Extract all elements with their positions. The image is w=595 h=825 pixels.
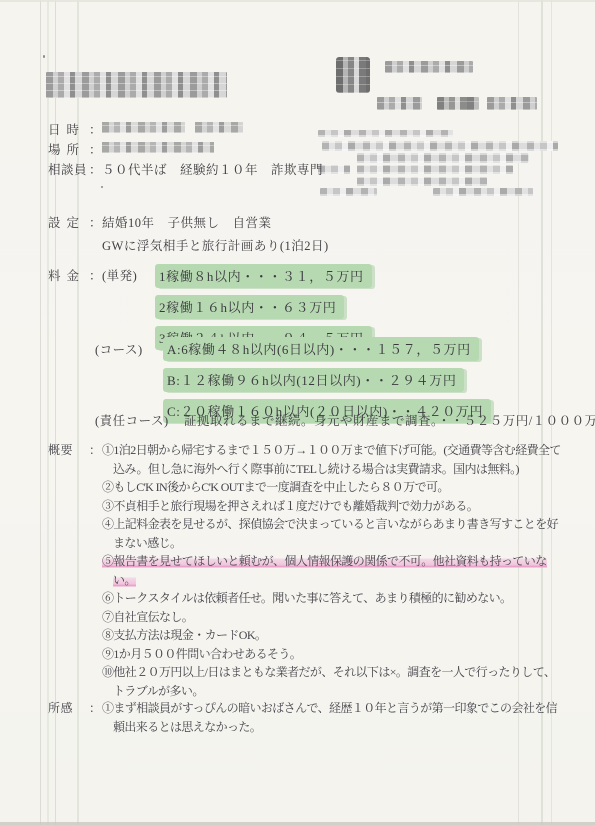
fee-course-item: A:6稼働４８h以内(6日以内)・・・１５７，５万円 <box>163 337 479 361</box>
scan-edge-top <box>0 0 595 2</box>
field-counselor: 相談員 ： ５０代半ば 経験約１０年 詐欺専門 <box>48 160 323 178</box>
field-colon: ： <box>89 266 102 284</box>
fee-course-item: B:１２稼働９６h以内(12日以内)・・２９４万円 <box>163 368 464 392</box>
summary-item: ⑧支払方法は現金・カードOK。 <box>102 626 564 645</box>
field-label-impression: 所感 <box>48 699 89 736</box>
summary-list: ①1泊2日朝から帰宅するまで１５０万→１００万まで値下げ可能。(交通費等含む経費… <box>102 441 564 700</box>
field-datetime: 日時 ： <box>48 120 243 138</box>
fee-responsibility-line: (責任コース) 証拠取れるまで継続。身元や財産まで調査。・・５２５万円/１０００… <box>95 411 595 429</box>
field-colon: ： <box>89 441 102 700</box>
field-colon: ： <box>89 699 102 736</box>
fee-single-item: 1稼働８h以内・・・３１，５万円 <box>155 264 372 288</box>
scan-artifact-line <box>40 0 41 825</box>
redacted-address-line <box>357 165 513 174</box>
setting-line1: 結婚10年 子供無し 自営業 <box>102 213 272 231</box>
fee-single-item: 2稼働１６h以内・・６３万円 <box>155 295 344 319</box>
impression-section: 所感 ： ①まず相談員がすっぴんの暗いおばさんで、経歴１０年と言うが第一印象でこ… <box>48 699 564 736</box>
redacted-address-line <box>433 188 533 196</box>
redacted-address-line <box>320 188 377 196</box>
impression-item: ①まず相談員がすっぴんの暗いおばさんで、経歴１０年と言うが第一印象でこの会社を信… <box>102 699 564 736</box>
redacted-contact-name <box>377 97 422 110</box>
summary-item: ⑥トークスタイルは依頼者任せ。聞いた事に答えて、あまり積極的に勧めない。 <box>102 589 564 608</box>
fee-responsibility-text: 証拠取れるまで継続。身元や財産まで調査。・・５２５万円/１０００万円 <box>184 414 595 428</box>
field-colon: ： <box>89 160 102 178</box>
redacted-datetime-time <box>195 122 243 133</box>
setting-line2: GWに浮気相手と旅行計画あり(1泊2日) <box>102 236 329 254</box>
field-label-fee: 料金 <box>48 266 89 284</box>
redacted-contact-name <box>487 97 537 110</box>
field-label-place: 場所 <box>48 140 89 158</box>
redacted-address-line <box>357 177 487 186</box>
summary-section: 概要 ： ①1泊2日朝から帰宅するまで１５０万→１００万まで値下げ可能。(交通費… <box>48 441 564 700</box>
scan-speck <box>101 186 103 188</box>
fee-single-label: (単発) <box>102 266 137 284</box>
pink-highlight: ⑤報告書を見せてほしいと頼むが、個人情報保護の関係で不可。他社資料も持っていない… <box>102 554 547 587</box>
redacted-address-line <box>357 153 529 163</box>
field-counselor-value: ５０代半ば 経験約１０年 詐欺専門 <box>102 160 323 178</box>
summary-item-highlighted: ⑤報告書を見せてほしいと頼むが、個人情報保護の関係で不可。他社資料も持っていない… <box>102 552 564 589</box>
field-colon: ： <box>89 120 102 138</box>
summary-item: ⑨1か月５００件問い合わせあるそう。 <box>102 645 564 664</box>
setting-section: 設定 ： 結婚10年 子供無し 自営業 <box>48 213 272 231</box>
field-label-summary: 概要 <box>48 441 89 700</box>
field-colon: ： <box>89 140 102 158</box>
summary-item: ③不貞相手と旅行現場を押さえれば１度だけでも離婚裁判で効力がある。 <box>102 497 564 516</box>
redacted-datetime-date <box>102 122 185 133</box>
summary-item: ①1泊2日朝から帰宅するまで１５０万→１００万まで値下げ可能。(交通費等含む経費… <box>102 441 564 478</box>
summary-item: ⑩他社２０万円以上/日はまともな業者だが、それ以下は×。調査を一人で行ったりして… <box>102 663 564 700</box>
scan-speck <box>43 55 45 58</box>
impression-list: ①まず相談員がすっぴんの暗いおばさんで、経歴１０年と言うが第一印象でこの会社を信… <box>102 699 564 736</box>
summary-item: ⑦自社宣伝なし。 <box>102 608 564 627</box>
redacted-address-line <box>322 141 558 151</box>
scanned-document-page: 日時 ： 場所 ： 相談員 ： ５０代半ば 経験約１０年 詐欺専門 設定 ： 結… <box>0 0 595 825</box>
field-place: 場所 ： <box>48 140 214 158</box>
field-label-setting: 設定 <box>48 213 89 231</box>
fee-section-label: 料金 ： (単発) <box>48 266 137 284</box>
redacted-address-line <box>318 130 453 137</box>
redacted-company-logo <box>336 57 370 93</box>
redacted-place-value <box>102 142 214 153</box>
redacted-company-name <box>385 61 473 73</box>
field-label-datetime: 日時 <box>48 120 89 138</box>
summary-item: ②もしC'K IN後からC'K OUTまで一度調査を中止したら８０万で可。 <box>102 478 564 497</box>
redacted-title-block <box>46 72 227 98</box>
fee-responsibility-label: (責任コース) <box>95 414 169 428</box>
fee-course-label: (コース) <box>95 340 143 358</box>
summary-item: ④上記料金表を見せるが、探偵協会で決まっていると言いながらあまり書き写すことを好… <box>102 515 564 552</box>
field-colon: ： <box>89 213 102 231</box>
redacted-contact-name <box>437 97 479 110</box>
field-label-counselor: 相談員 <box>48 160 89 178</box>
